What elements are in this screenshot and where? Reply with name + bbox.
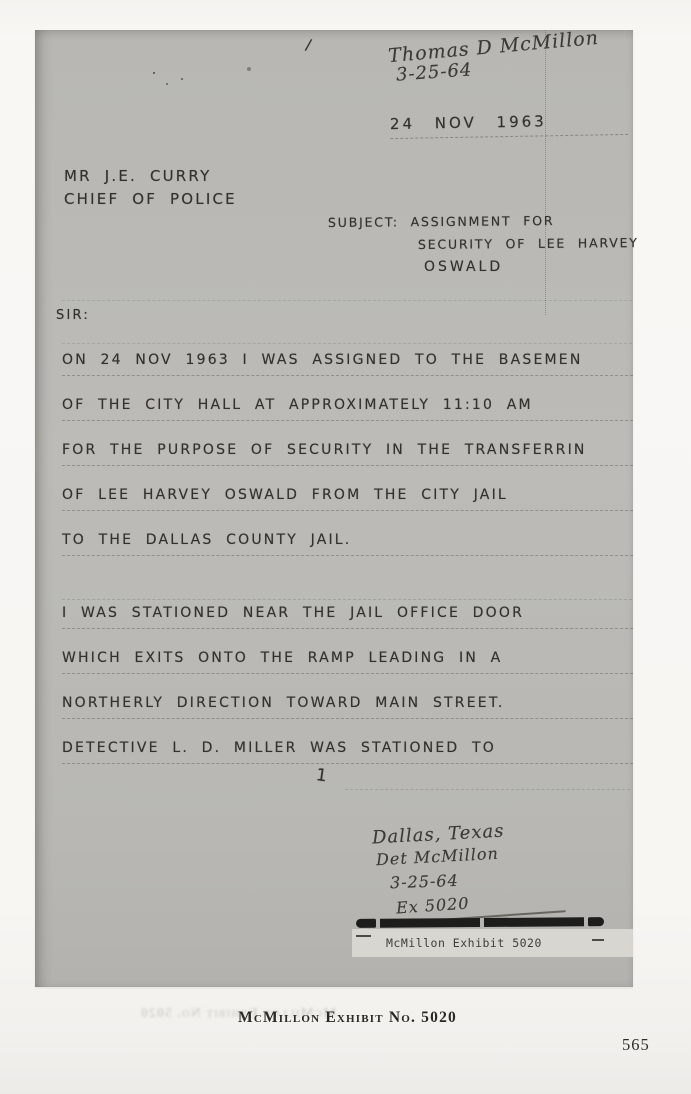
bar-segment: [356, 919, 376, 928]
letter-date: 24 NOV 1963: [390, 111, 628, 139]
tick-mark: [356, 935, 371, 937]
body-line: I WAS STATIONED NEAR THE JAIL OFFICE DOO…: [62, 605, 633, 629]
body-line: OF THE CITY HALL AT APPROXIMATELY 11:10 …: [62, 397, 633, 421]
salutation: SIR:: [56, 308, 90, 323]
annotation-date: 3-25-64: [390, 871, 459, 892]
body-line: OF LEE HARVEY OSWALD FROM THE CITY JAIL: [62, 487, 633, 511]
bar-segment: [380, 918, 480, 928]
sheet-number: 1: [315, 765, 331, 787]
exhibit-caption: McMillon Exhibit No. 5020: [238, 1009, 457, 1027]
addressee-name: MR J.E. CURRY: [64, 167, 211, 185]
subject-line-3: OSWALD: [424, 259, 503, 275]
addressee-title: CHIEF OF POLICE: [64, 190, 237, 208]
page-number: 565: [622, 1035, 650, 1055]
body-line: WHICH EXITS ONTO THE RAMP LEADING IN A: [62, 650, 633, 674]
subject-line-2: SECURITY OF LEE HARVEY: [418, 235, 639, 252]
ruled-line: [62, 300, 632, 301]
body-line: ON 24 NOV 1963 I WAS ASSIGNED TO THE BAS…: [62, 352, 633, 376]
subject-line-1: SUBJECT: ASSIGNMENT FOR: [328, 213, 554, 230]
exhibit-typed-label: McMillon Exhibit 5020: [386, 936, 542, 950]
body-line: TO THE DALLAS COUNTY JAIL.: [62, 532, 633, 556]
body-line: NORTHERLY DIRECTION TOWARD MAIN STREET.: [62, 695, 633, 719]
exhibit-black-bar: [356, 917, 608, 928]
paper-speckles: [153, 72, 155, 74]
bar-segment: [484, 917, 584, 927]
ruled-line: [345, 789, 630, 790]
body-line: FOR THE PURPOSE OF SECURITY IN THE TRANS…: [62, 442, 633, 466]
ruled-line: [62, 599, 632, 600]
body-line: DETECTIVE L. D. MILLER WAS STATIONED TO: [62, 740, 633, 764]
tick-mark: [592, 939, 604, 941]
ruled-line: [62, 343, 632, 344]
bar-segment: [588, 917, 604, 926]
fold-line: [545, 30, 546, 315]
scanned-page: Thomas D McMillon 3-25-64 / 24 NOV 1963 …: [0, 0, 691, 1094]
